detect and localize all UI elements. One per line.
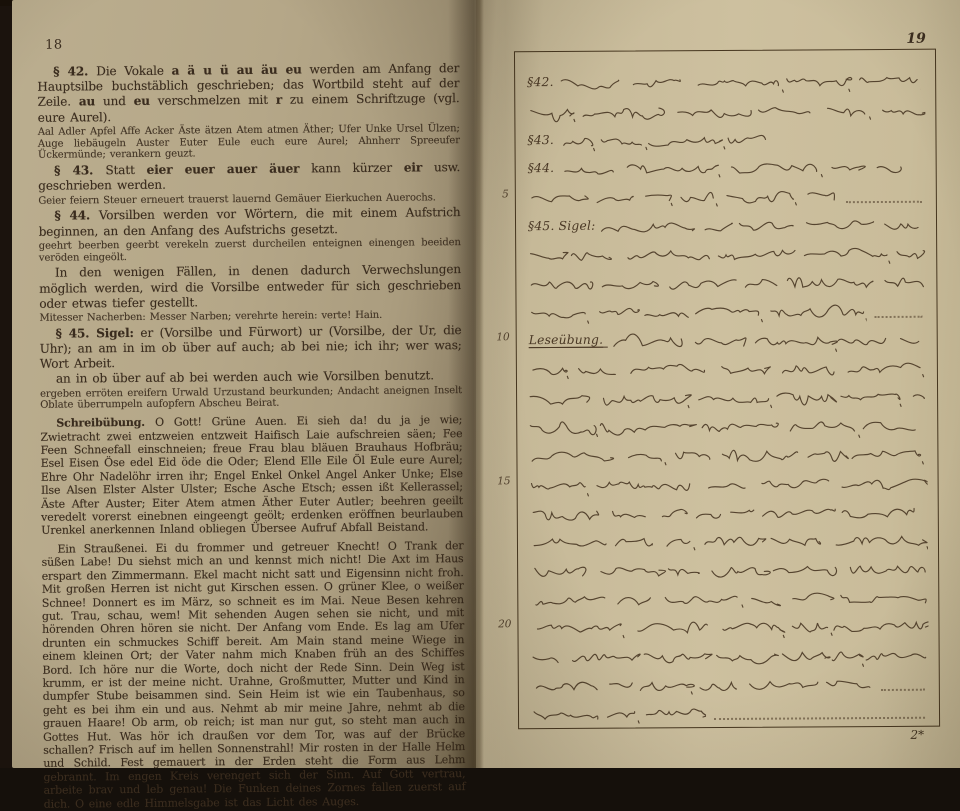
shorthand-line: [530, 553, 928, 584]
paragraph-text: Ein Straußenei. Ei du frommer und getreu…: [41, 539, 465, 768]
example-text: Aal Adler Apfel Affe Acker Äste ätzen At…: [38, 123, 460, 162]
dotted-leader: [875, 316, 923, 318]
paragraph: § 45. Sigel: er (Vorsilbe und Fürwort) u…: [39, 323, 461, 372]
shorthand-stroke: [531, 700, 706, 727]
shorthand-line: [529, 439, 927, 470]
paragraph-text: verschmelzen mit: [150, 93, 276, 108]
shorthand-line: [530, 467, 928, 498]
shorthand-line-label: §43.: [527, 133, 559, 147]
paragraph-lead: Schreibübung.: [56, 416, 155, 430]
paragraph-text: und: [95, 94, 134, 108]
shorthand-frame: §42.§43.§44.§45. Sigel:Leseübung.: [514, 49, 940, 730]
shorthand-stroke: [529, 440, 927, 468]
example-text: Mitesser Nacherben: Messer Narben; vereh…: [39, 309, 461, 324]
example-text: geehrt beerben geerbt verekeln zuerst du…: [39, 237, 461, 264]
shorthand-line: [531, 639, 929, 670]
shorthand-stroke: [530, 583, 928, 611]
example-text: Geier feiern Steuer erneuert trauerst la…: [38, 192, 460, 207]
shorthand-line: [529, 410, 927, 441]
shorthand-stroke: [528, 239, 926, 267]
shorthand-line-label: §42.: [527, 75, 559, 89]
paragraph-text: eier euer auer äuer: [147, 162, 300, 177]
paragraph: Schreibübung. O Gott! Grüne Auen. Ei sie…: [40, 413, 463, 537]
paragraph: § 42. Die Vokale a ä u ü au äu eu werden…: [37, 61, 460, 125]
shorthand-line: [527, 94, 925, 125]
paragraph-text: kann kürzer: [299, 161, 404, 176]
book-spread: 18 § 42. Die Vokale a ä u ü au äu eu wer…: [0, 0, 960, 768]
shorthand-line: [529, 381, 927, 412]
shorthand-stroke: [559, 153, 920, 181]
shorthand-lines: §42.§43.§44.§45. Sigel:Leseübung.: [527, 66, 929, 728]
shorthand-line: [530, 611, 928, 642]
paragraph: § 44. Vorsilben werden vor Wörtern, die …: [38, 206, 460, 240]
example-text: ergeben erröten ereifern Urwald Urzustan…: [40, 385, 462, 412]
paragraph-text: In den wenigen Fällen, in denen dadurch …: [39, 263, 461, 311]
paragraph-lead: § 43.: [54, 163, 105, 177]
margin-line-number: 15: [495, 475, 511, 487]
shorthand-stroke: [559, 67, 920, 95]
right-page-number: 19: [906, 31, 926, 47]
paragraph-text: au: [79, 95, 95, 109]
shorthand-stroke: [531, 641, 929, 669]
left-page-text: § 42. Die Vokale a ä u ü au äu eu werden…: [37, 61, 465, 768]
shorthand-line: §42.: [527, 66, 925, 97]
margin-line-numbers: 5101520: [474, 0, 958, 1]
paragraph-lead: § 45.: [55, 326, 96, 340]
paragraph-text: Statt: [105, 163, 146, 177]
right-page: 19 §42.§43.§44.§45. Sigel:Leseübung. 510…: [476, 0, 960, 768]
shorthand-stroke: [608, 325, 922, 353]
right-page-content: 19 §42.§43.§44.§45. Sigel:Leseübung. 510…: [474, 0, 960, 768]
paragraph: § 43. Statt eier euer auer äuer kann kür…: [38, 160, 460, 194]
paragraph: Ein Straußenei. Ei du frommer und getreu…: [41, 539, 465, 768]
left-page-number: 18: [45, 34, 459, 53]
shorthand-line: §43.: [527, 123, 925, 154]
shorthand-line-label: Leseübung.: [529, 333, 609, 348]
paragraph-text: Die Vokale: [96, 64, 171, 79]
paragraph-text: an in ob über auf ab bei werden auch wie…: [56, 369, 434, 386]
shorthand-stroke: [529, 354, 927, 382]
dotted-leader: [846, 201, 922, 203]
dotted-leader: [714, 717, 925, 720]
shorthand-stroke: [529, 411, 927, 439]
shorthand-line: [528, 267, 926, 298]
margin-line-number: 5: [493, 188, 509, 200]
line-spacer: [768, 137, 925, 138]
shorthand-stroke: [527, 96, 925, 124]
margin-line-number: 20: [495, 619, 511, 631]
dotted-leader: [881, 689, 925, 691]
paragraph-text: eir: [404, 161, 422, 175]
shorthand-stroke: [531, 670, 873, 698]
shorthand-stroke: [528, 182, 838, 210]
paragraph-lead: § 44.: [54, 209, 98, 223]
left-page: 18 § 42. Die Vokale a ä u ü au äu eu wer…: [12, 0, 476, 768]
shorthand-stroke: [530, 612, 928, 640]
shorthand-line: [531, 668, 929, 699]
shorthand-stroke: [530, 469, 928, 497]
paragraph-text: Sigel:: [96, 326, 134, 340]
paragraph-text: a ä u ü au äu eu: [172, 62, 302, 77]
shorthand-line: [529, 353, 927, 384]
shorthand-line: §45. Sigel:: [528, 209, 926, 240]
paragraph-text: Vorsilben werden vor Wörtern, die mit ei…: [39, 206, 461, 239]
shorthand-stroke: [530, 555, 928, 583]
shorthand-stroke: [530, 497, 928, 525]
shorthand-stroke: [528, 297, 866, 325]
left-page-content: 18 § 42. Die Vokale a ä u ü au äu eu wer…: [9, 0, 480, 768]
shorthand-stroke: [528, 268, 926, 296]
shorthand-line: §44.: [528, 152, 926, 183]
paragraph-text: eu: [134, 94, 150, 108]
margin-line-number: 10: [494, 332, 510, 344]
paragraph-lead: § 42.: [53, 64, 96, 78]
shorthand-line: [530, 525, 928, 556]
paragraph: In den wenigen Fällen, in denen dadurch …: [39, 263, 461, 312]
signature-mark: 2*: [910, 728, 924, 742]
shorthand-stroke: [530, 526, 928, 554]
shorthand-line: [528, 238, 926, 269]
shorthand-line: [530, 582, 928, 613]
paragraph-text: O Gott! Grüne Auen. Ei sieh da! du ja je…: [40, 413, 463, 537]
shorthand-line-label: §44.: [528, 161, 560, 175]
shorthand-line: Leseübung.: [529, 324, 927, 355]
shorthand-line-label: §45. Sigel:: [528, 218, 600, 232]
shorthand-line: [530, 496, 928, 527]
shorthand-line: [531, 697, 929, 728]
shorthand-stroke: [600, 211, 921, 239]
shorthand-stroke: [529, 383, 927, 411]
shorthand-stroke: [559, 125, 768, 152]
shorthand-line: [528, 180, 926, 211]
shorthand-line: [528, 295, 926, 326]
